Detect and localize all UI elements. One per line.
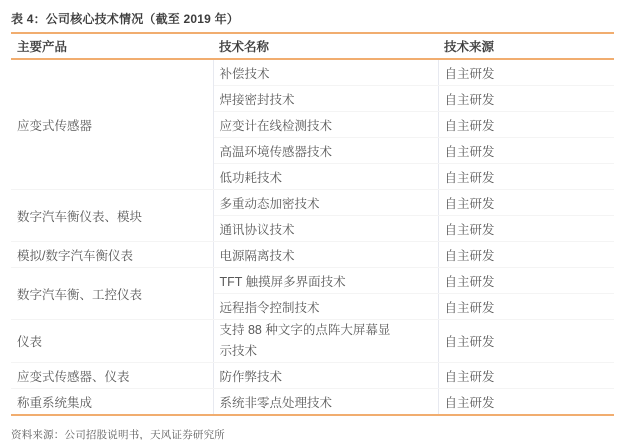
source-cell: 自主研发 <box>438 138 614 164</box>
core-tech-table: 主要产品 技术名称 技术来源 应变式传感器 补偿技术 自主研发 焊接密封技术 自… <box>11 32 614 416</box>
table-row: 应变式传感器 补偿技术 自主研发 <box>11 59 614 86</box>
tech-cell: 系统非零点处理技术 <box>213 389 438 416</box>
product-cell: 数字汽车衡仪表、模块 <box>11 190 213 242</box>
header-row: 主要产品 技术名称 技术来源 <box>11 33 614 59</box>
tech-cell: 高温环境传感器技术 <box>213 138 438 164</box>
table-row: 模拟/数字汽车衡仪表 电源隔离技术 自主研发 <box>11 242 614 268</box>
table-title: 表 4：公司核心技术情况（截至 2019 年） <box>11 11 625 32</box>
header-tech-source: 技术来源 <box>438 33 614 59</box>
source-cell: 自主研发 <box>438 59 614 86</box>
source-cell: 自主研发 <box>438 268 614 294</box>
tech-cell: 补偿技术 <box>213 59 438 86</box>
product-cell: 数字汽车衡、工控仪表 <box>11 268 213 320</box>
product-cell: 应变式传感器、仪表 <box>11 363 213 389</box>
source-cell: 自主研发 <box>438 216 614 242</box>
tech-cell: 低功耗技术 <box>213 164 438 190</box>
source-note: 资料来源：公司招股说明书，天风证券研究所 <box>11 427 625 440</box>
source-cell: 自主研发 <box>438 86 614 112</box>
tech-cell-text: 支持 88 种文字的点阵大屏幕显示技术 <box>220 320 400 362</box>
source-cell: 自主研发 <box>438 294 614 320</box>
tech-cell: 应变计在线检测技术 <box>213 112 438 138</box>
header-main-product: 主要产品 <box>11 33 213 59</box>
tech-cell: TFT 触摸屏多界面技术 <box>213 268 438 294</box>
table-row: 仪表 支持 88 种文字的点阵大屏幕显示技术 自主研发 <box>11 320 614 363</box>
header-tech-name: 技术名称 <box>213 33 438 59</box>
table-row: 称重系统集成 系统非零点处理技术 自主研发 <box>11 389 614 416</box>
source-cell: 自主研发 <box>438 112 614 138</box>
product-cell: 称重系统集成 <box>11 389 213 416</box>
tech-cell: 多重动态加密技术 <box>213 190 438 216</box>
tech-cell: 通讯协议技术 <box>213 216 438 242</box>
table-row: 应变式传感器、仪表 防作弊技术 自主研发 <box>11 363 614 389</box>
tech-cell: 焊接密封技术 <box>213 86 438 112</box>
source-cell: 自主研发 <box>438 242 614 268</box>
tech-cell: 电源隔离技术 <box>213 242 438 268</box>
product-cell: 仪表 <box>11 320 213 363</box>
table-row: 数字汽车衡、工控仪表 TFT 触摸屏多界面技术 自主研发 <box>11 268 614 294</box>
product-cell: 模拟/数字汽车衡仪表 <box>11 242 213 268</box>
report-table-page: 表 4：公司核心技术情况（截至 2019 年） 主要产品 技术名称 技术来源 应… <box>0 0 625 440</box>
source-cell: 自主研发 <box>438 363 614 389</box>
tech-cell: 防作弊技术 <box>213 363 438 389</box>
tech-cell: 支持 88 种文字的点阵大屏幕显示技术 <box>213 320 438 363</box>
source-cell: 自主研发 <box>438 164 614 190</box>
product-cell: 应变式传感器 <box>11 59 213 190</box>
tech-cell: 远程指令控制技术 <box>213 294 438 320</box>
source-cell: 自主研发 <box>438 389 614 416</box>
table-row: 数字汽车衡仪表、模块 多重动态加密技术 自主研发 <box>11 190 614 216</box>
source-cell: 自主研发 <box>438 190 614 216</box>
source-cell: 自主研发 <box>438 320 614 363</box>
